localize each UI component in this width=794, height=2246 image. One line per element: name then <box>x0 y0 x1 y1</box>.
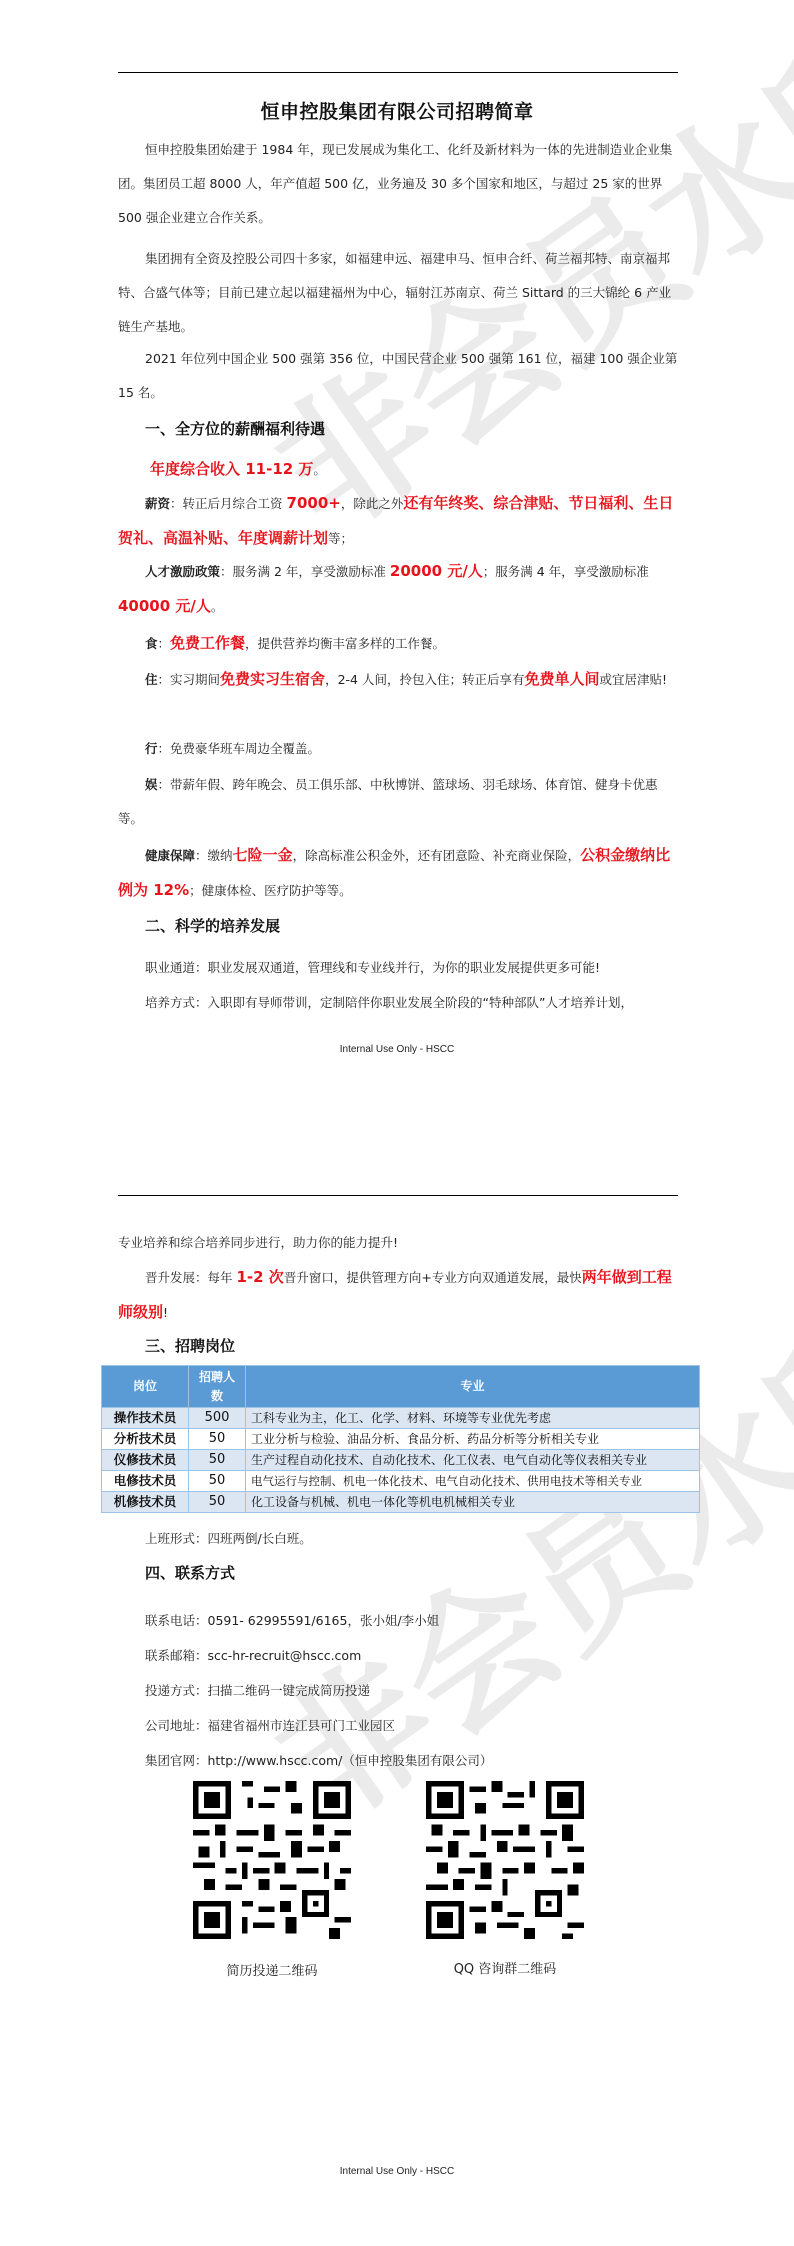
cell-position: 电修技术员 <box>102 1471 189 1492</box>
section-heading-contact: 四、联系方式 <box>145 1562 235 1583</box>
intro-paragraph-2: 集团拥有全资及控股公司四十多家，如福建申远、福建申马、恒申合纤、荷兰福邦特、南京… <box>118 242 678 344</box>
contact-delivery: 投递方式：扫描二维码一键完成简历投递 <box>118 1674 678 1708</box>
table-row: 电修技术员 50 电气运行与控制、机电一体化技术、电气自动化技术、供用电技术等相… <box>102 1471 700 1492</box>
page-footer: Internal Use Only - HSCC <box>0 2166 794 2177</box>
header-position: 岗位 <box>102 1366 189 1408</box>
cell-major: 工业分析与检验、油品分析、食品分析、药品分析等分析相关专业 <box>246 1429 700 1450</box>
training-continued: 专业培养和综合培养同步进行，助力你的能力提升! <box>118 1226 678 1260</box>
header-rule <box>118 1195 678 1196</box>
page-footer: Internal Use Only - HSCC <box>0 1044 794 1055</box>
incentive-4yr: 40000 元/人 <box>118 597 211 615</box>
housing-intern: 免费实习生宿舍 <box>220 670 325 688</box>
text: 免费豪华班车周边全覆盖。 <box>170 741 320 756</box>
contact-address: 公司地址：福建省福州市连江县可门工业园区 <box>118 1709 678 1743</box>
positions-table: 岗位 招聘人数 专业 操作技术员 500 工科专业为主，化工、化学、材料、环境等… <box>101 1365 700 1513</box>
text: 服务满 2 年，享受激励标准 <box>233 564 390 579</box>
cell-count: 50 <box>189 1429 246 1450</box>
section-heading-positions: 三、招聘岗位 <box>145 1335 235 1356</box>
sep: ： <box>158 636 171 651</box>
intro-paragraph-3: 2021 年位列中国企业 500 强第 356 位，中国民营企业 500 强第 … <box>118 342 678 410</box>
qr-code-icon <box>426 1781 584 1939</box>
food-label: 食 <box>145 636 158 651</box>
housing-paragraph: 住：实习期间免费实习生宿舍，2-4 人间，拎包入住；转正后享有免费单人间或宜居津… <box>118 662 678 697</box>
cell-major: 电气运行与控制、机电一体化技术、电气自动化技术、供用电技术等相关专业 <box>246 1471 700 1492</box>
cell-position: 机修技术员 <box>102 1492 189 1513</box>
text: 缴纳 <box>208 848 233 863</box>
incentive-label: 人才激励政策 <box>145 564 220 579</box>
sep: ： <box>158 777 171 792</box>
training-paragraph: 培养方式：入职即有导师带训，定制陪伴你职业发展全阶段的“特种部队”人才培养计划， <box>118 986 678 1020</box>
text: 或宜居津贴! <box>599 672 667 687</box>
text: ，提供营养均衡丰富多样的工作餐。 <box>245 636 445 651</box>
text: ，除高标准公积金外，还有团意险、补充商业保险， <box>293 848 581 863</box>
table-row: 机修技术员 50 化工设备与机械、机电一体化等机电机械相关专业 <box>102 1492 700 1513</box>
cell-position: 仪修技术员 <box>102 1450 189 1471</box>
entertainment-paragraph: 娱：带薪年假、跨年晚会、员工俱乐部、中秋博饼、篮球场、羽毛球场、体育馆、健身卡优… <box>118 768 678 836</box>
header-count: 招聘人数 <box>189 1366 246 1408</box>
table-row: 操作技术员 500 工科专业为主，化工、化学、材料、环境等专业优先考虑 <box>102 1408 700 1429</box>
promotion-frequency: 1-2 次 <box>236 1268 283 1286</box>
salary-amount: 7000+ <box>287 494 341 512</box>
text: ；健康体检、医疗防护等等。 <box>189 883 352 898</box>
text: ，除此之外 <box>341 496 404 511</box>
text: ! <box>163 1305 168 1320</box>
table-row: 分析技术员 50 工业分析与检验、油品分析、食品分析、药品分析等分析相关专业 <box>102 1429 700 1450</box>
text: 晋升发展：每年 <box>145 1270 236 1285</box>
text: 晋升窗口，提供管理方向+专业方向双通道发展，最快 <box>284 1270 582 1285</box>
promotion-paragraph: 晋升发展：每年 1-2 次晋升窗口，提供管理方向+专业方向双通道发展，最快两年做… <box>118 1260 678 1330</box>
cell-major: 化工设备与机械、机电一体化等机电机械相关专业 <box>246 1492 700 1513</box>
page-title: 恒申控股集团有限公司招聘简章 <box>0 97 794 124</box>
contact-website: 集团官网：http://www.hscc.com/（恒申控股集团有限公司） <box>118 1744 678 1778</box>
text: ；服务满 4 年，享受激励标准 <box>483 564 649 579</box>
text: 实习期间 <box>170 672 220 687</box>
entertainment-label: 娱 <box>145 777 158 792</box>
incentive-2yr: 20000 元/人 <box>390 562 483 580</box>
salary-paragraph: 薪资：转正后月综合工资 7000+，除此之外还有年终奖、综合津贴、节日福利、生日… <box>118 486 678 556</box>
intro-paragraph-1: 恒申控股集团始建于 1984 年，现已发展成为集化工、化纤及新材料为一体的先进制… <box>118 133 678 235</box>
text: 等； <box>328 531 353 546</box>
text: ，2-4 人间，拎包入住；转正后享有 <box>325 672 524 687</box>
transport-paragraph: 行：免费豪华班车周边全覆盖。 <box>118 732 678 766</box>
sep: ： <box>158 741 171 756</box>
cell-position: 操作技术员 <box>102 1408 189 1429</box>
sep: ： <box>220 564 233 579</box>
contact-email: 联系邮箱：scc-hr-recruit@hscc.com <box>118 1639 678 1673</box>
sep: ： <box>195 848 208 863</box>
sep: ： <box>158 672 171 687</box>
health-paragraph: 健康保障：缴纳七险一金，除高标准公积金外，还有团意险、补充商业保险，公积金缴纳比… <box>118 838 678 908</box>
food-highlight: 免费工作餐 <box>170 634 245 652</box>
text: 带薪年假、跨年晚会、员工俱乐部、中秋博饼、篮球场、羽毛球场、体育馆、健身卡优惠等… <box>118 777 658 826</box>
header-major: 专业 <box>246 1366 700 1408</box>
resume-qr-code[interactable] <box>193 1781 351 1939</box>
food-paragraph: 食：免费工作餐，提供营养均衡丰富多样的工作餐。 <box>118 626 678 661</box>
annual-income-value: 年度综合收入 11-12 万 <box>150 460 313 478</box>
sep: ： <box>170 496 183 511</box>
table-header-row: 岗位 招聘人数 专业 <box>102 1366 700 1408</box>
text: 转正后月综合工资 <box>183 496 287 511</box>
career-paragraph: 职业通道：职业发展双通道，管理线和专业线并行，为你的职业发展提供更多可能! <box>118 951 678 985</box>
header-rule <box>118 72 678 73</box>
incentive-paragraph: 人才激励政策：服务满 2 年，享受激励标准 20000 元/人；服务满 4 年，… <box>118 554 678 624</box>
transport-label: 行 <box>145 741 158 756</box>
cell-position: 分析技术员 <box>102 1429 189 1450</box>
punct: 。 <box>313 462 326 477</box>
health-insurance: 七险一金 <box>233 846 293 864</box>
cell-count: 500 <box>189 1408 246 1429</box>
housing-label: 住 <box>145 672 158 687</box>
cell-count: 50 <box>189 1471 246 1492</box>
annual-income: 年度综合收入 11-12 万。 <box>150 452 710 487</box>
table-row: 仪修技术员 50 生产过程自动化技术、自动化技术、化工仪表、电气自动化等仪表相关… <box>102 1450 700 1471</box>
resume-qr-caption: 简历投递二维码 <box>172 1960 372 1979</box>
section-heading-development: 二、科学的培养发展 <box>145 915 280 936</box>
text: 。 <box>211 599 224 614</box>
housing-single: 免费单人间 <box>524 670 599 688</box>
cell-count: 50 <box>189 1450 246 1471</box>
cell-major: 生产过程自动化技术、自动化技术、化工仪表、电气自动化等仪表相关专业 <box>246 1450 700 1471</box>
qr-code-icon <box>193 1781 351 1939</box>
cell-major: 工科专业为主，化工、化学、材料、环境等专业优先考虑 <box>246 1408 700 1429</box>
section-heading-benefits: 一、全方位的薪酬福利待遇 <box>145 418 325 439</box>
shift-paragraph: 上班形式：四班两倒/长白班。 <box>118 1522 678 1556</box>
qq-group-qr-caption: QQ 咨询群二维码 <box>405 1958 605 1977</box>
health-label: 健康保障 <box>145 848 195 863</box>
cell-count: 50 <box>189 1492 246 1513</box>
salary-label: 薪资 <box>145 496 170 511</box>
qq-group-qr-code[interactable] <box>426 1781 584 1939</box>
contact-phone: 联系电话：0591- 62995591/6165，张小姐/李小姐 <box>118 1604 678 1638</box>
